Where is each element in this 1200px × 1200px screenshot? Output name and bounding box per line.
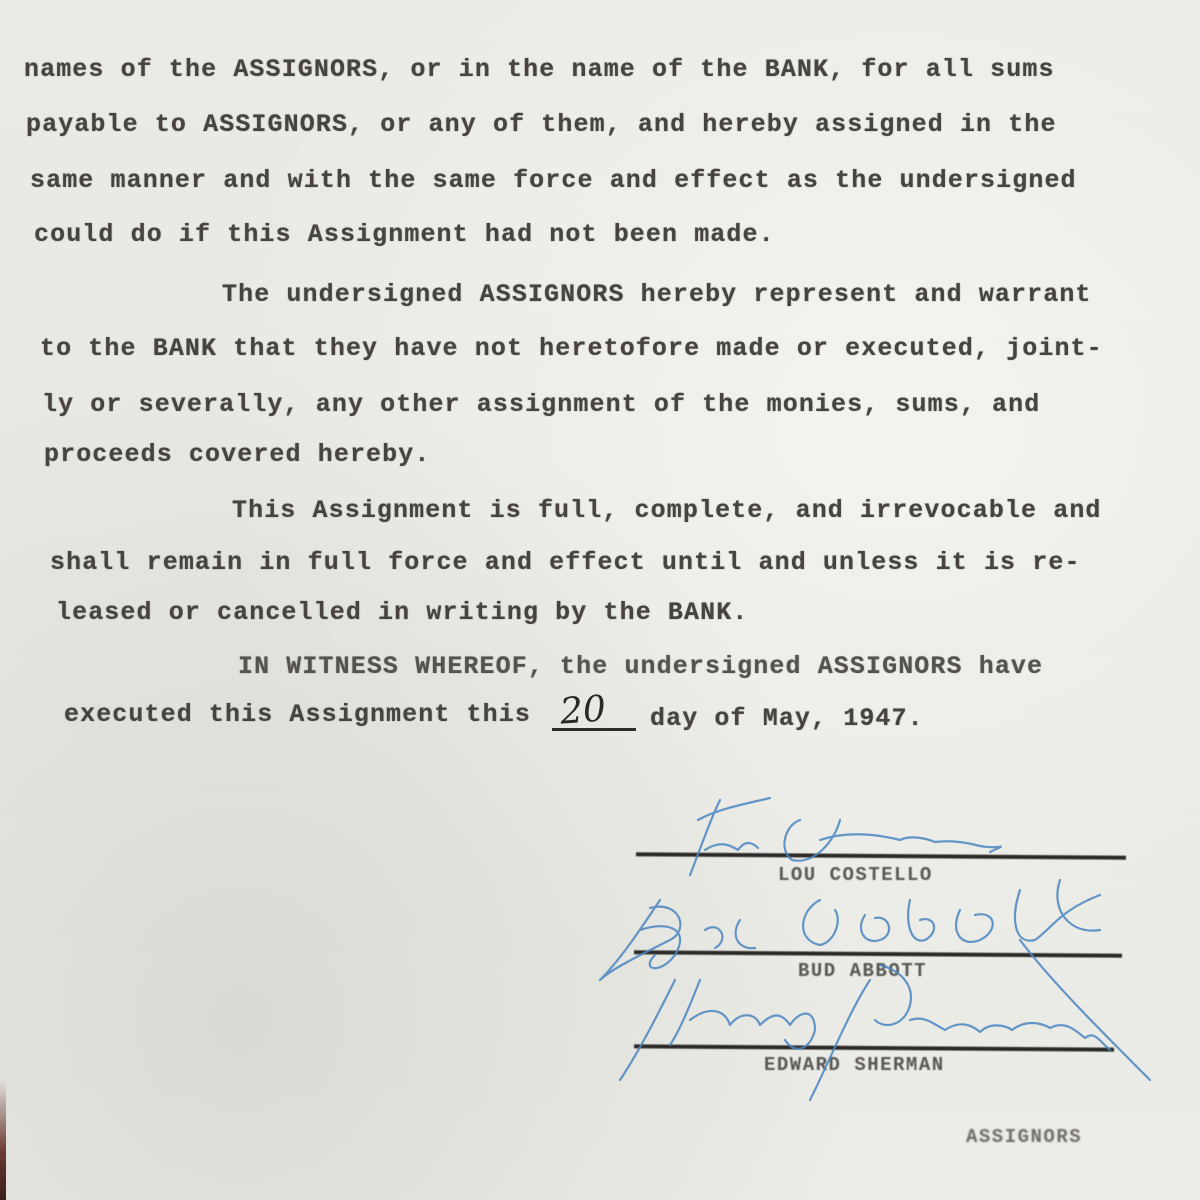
paragraph-continuation-line: could do if this Assignment had not been… xyxy=(34,220,775,249)
paragraph-continuation-line: same manner and with the same force and … xyxy=(30,166,1077,195)
typed-name-costello: LOU COSTELLO xyxy=(778,864,933,886)
paragraph-warranty-line: to the BANK that they have not heretofor… xyxy=(40,334,1103,363)
paragraph-witness-date-line: day of May, 1947. xyxy=(650,704,924,733)
paragraph-irrevocable-line: leased or cancelled in writing by the BA… xyxy=(56,598,748,627)
paragraph-warranty-line: The undersigned ASSIGNORS hereby represe… xyxy=(222,280,1092,309)
paragraph-witness-line: IN WITNESS WHEREOF, the undersigned ASSI… xyxy=(238,652,1043,681)
paragraph-continuation-line: names of the ASSIGNORS, or in the name o… xyxy=(24,55,1055,84)
paragraph-warranty-line: proceeds covered hereby. xyxy=(44,440,430,469)
paragraph-irrevocable-line: This Assignment is full, complete, and i… xyxy=(232,496,1102,525)
paragraph-witness-line: executed this Assignment this xyxy=(64,700,531,729)
execution-day-handwritten: 20 xyxy=(559,688,608,732)
paragraph-warranty-line: ly or severally, any other assignment of… xyxy=(42,390,1040,419)
typed-name-sherman: EDWARD SHERMAN xyxy=(764,1054,945,1076)
signature-block-label: ASSIGNORS xyxy=(966,1126,1082,1148)
typed-name-abbott: BUD ABBOTT xyxy=(798,960,927,982)
paragraph-continuation-line: payable to ASSIGNORS, or any of them, an… xyxy=(26,110,1057,139)
page-edge-shadow xyxy=(0,1080,6,1200)
paragraph-irrevocable-line: shall remain in full force and effect un… xyxy=(50,548,1081,577)
